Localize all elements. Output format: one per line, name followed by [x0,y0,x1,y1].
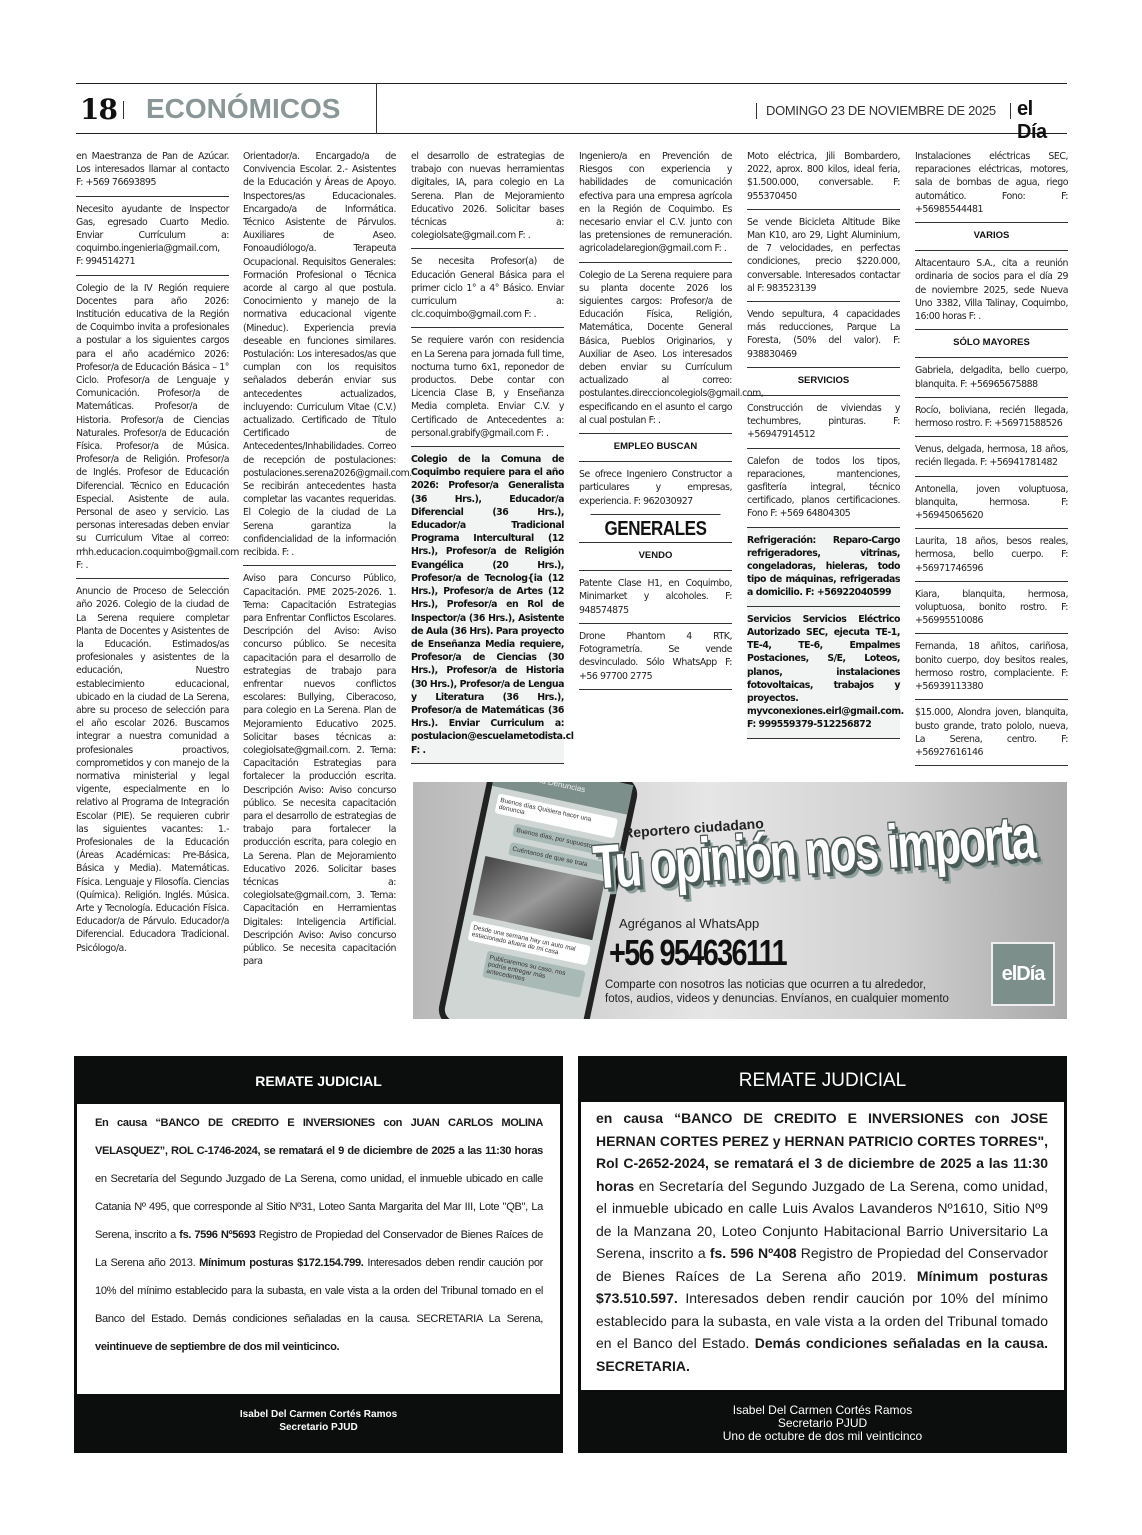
section-heading-generales: GENERALES [590,514,720,542]
classified-ad: Rocío, boliviana, recién llegada, hermos… [915,397,1068,436]
signer-role: Secretario PJUD [74,1421,563,1434]
whatsapp-promo-banner: El Día Denuncias Buenos días Quisiera ha… [413,782,1067,1019]
classified-ad: Anuncio de Proceso de Selección año 2026… [76,578,229,961]
banner-description-line: fotos, audios, videos y denuncias. Envía… [605,992,949,1006]
section-title: ECONÓMICOS [146,93,340,125]
classified-ad: Altacentauro S.A., cita a reunión ordina… [915,250,1068,329]
classified-ad-highlighted: Servicios Servicios Eléctrico Autorizado… [747,606,900,738]
classifieds-column-2: Orientador/a. Encargado/a de Convivencia… [243,150,396,974]
classified-ad: $15.000, Alondra joven, blanquita, busto… [915,699,1068,765]
whatsapp-number: +56 954636111 [609,932,786,974]
category-heading-vendo: VENDO [579,542,732,570]
divider [376,84,377,134]
classified-ad: Se vende Bicicleta Altitude Bike Man K10… [747,209,900,301]
divider [756,103,757,119]
classified-ad: Se necesita Profesor(a) de Educación Gen… [411,248,564,327]
classified-ad: Aviso para Concurso Público, Capacitació… [243,565,396,974]
classified-ad: Construcción de viviendas y techumbres, … [747,395,900,448]
classifieds-column-5: Moto eléctrica, Jili Bombardero, 2022, a… [747,150,900,745]
divider [411,763,564,764]
classified-ad: Necesito ayudante de Inspector Gas, egre… [76,196,229,275]
classified-ad: el desarrollo de estrategias de trabajo … [411,150,564,248]
issue-date: DOMINGO 23 DE NOVIEMBRE DE 2025 [766,103,996,118]
banner-description-line: Comparte con nosotros las noticias que o… [605,978,949,992]
legal-notice-remate-1: REMATE JUDICIAL En causa “BANCO DE CREDI… [74,1056,563,1453]
banner-title: Tu opinión nos importa [591,803,1036,904]
classified-ad: Moto eléctrica, Jili Bombardero, 2022, a… [747,150,900,209]
category-heading-varios: VARIOS [915,222,1068,250]
el-dia-logo: elDía [991,942,1055,1006]
divider [579,689,732,690]
page-number: 18 [80,93,117,126]
classified-ad: Laurita, 18 años, besos reales, hermosa,… [915,528,1068,581]
notice-body: En causa “BANCO DE CREDITO E INVERSIONES… [77,1104,560,1394]
notice-text-bold: Mínimum posturas $172.154.799. [199,1257,363,1269]
notice-date: Uno de octubre de dos mil veinticinco [578,1430,1067,1443]
classified-ad: Colegio de la IV Región requiere Docente… [76,275,229,578]
page-header: 18 ECONÓMICOS DOMINGO 23 DE NOVIEMBRE DE… [76,83,1067,134]
notice-text-bold: En causa “BANCO DE CREDITO E INVERSIONES… [95,1117,543,1157]
divider [915,765,1068,766]
classified-ad: Venus, delgada, hermosa, 18 años, recién… [915,436,1068,475]
classified-ad: en Maestranza de Pan de Azúcar. Los inte… [76,150,229,196]
classified-ad: Instalaciones eléctricas SEC, reparacion… [915,150,1068,222]
classified-ad: Se requiere varón con residencia en La S… [411,327,564,446]
divider [1010,103,1011,119]
category-heading-solo-mayores: SÓLO MAYORES [915,329,1068,357]
divider [123,101,124,119]
divider [747,738,900,739]
notice-text-bold: fs. 596 Nº408 [710,1245,797,1261]
banner-description: Comparte con nosotros las noticias que o… [605,978,949,1006]
whatsapp-label: Agréganos al WhatsApp [619,916,759,931]
classified-ad: Calefon de todos los tipos, reparaciones… [747,448,900,527]
notice-signature: Isabel Del Carmen Cortés Ramos Secretari… [578,1390,1067,1443]
classifieds-column-4: Ingeniero/a en Prevención de Riesgos con… [579,150,732,696]
classifieds-column-3: el desarrollo de estrategias de trabajo … [411,150,564,770]
notice-body: en causa “BANCO DE CREDITO E INVERSIONES… [581,1102,1064,1390]
notice-title: REMATE JUDICIAL [578,1056,1067,1102]
signer-name: Isabel Del Carmen Cortés Ramos [74,1408,563,1421]
notice-title: REMATE JUDICIAL [74,1056,563,1104]
notice-signature: Isabel Del Carmen Cortés Ramos Secretari… [74,1394,563,1434]
classified-ad: Antonella, joven voluptuosa, blanquita, … [915,476,1068,529]
classified-ad-highlighted: Refrigeración: Reparo-Cargo refrigerador… [747,527,900,606]
classified-ad: Fernanda, 18 añitos, cariñosa, bonito cu… [915,633,1068,699]
classified-ad: Colegio de La Serena requiere para su pl… [579,262,732,433]
classified-ad: Ingeniero/a en Prevención de Riesgos con… [579,150,732,262]
classified-ad: Vendo sepultura, 4 capacidades más reduc… [747,301,900,367]
legal-notice-remate-2: REMATE JUDICIAL en causa “BANCO DE CREDI… [578,1056,1067,1453]
classified-ad: Se ofrece Ingeniero Constructor a partic… [579,461,732,514]
classified-ad: Orientador/a. Encargado/a de Convivencia… [243,150,396,565]
classifieds-column-6: Instalaciones eléctricas SEC, reparacion… [915,150,1068,772]
category-heading-servicios: SERVICIOS [747,367,900,395]
category-heading-empleo-buscan: EMPLEO BUSCAN [579,433,732,461]
classified-ad: Drone Phantom 4 RTK, Fotogrametría. Se v… [579,623,732,689]
classified-ad: Kiara, blanquita, hermosa, voluptuosa, b… [915,581,1068,634]
notice-text-bold: fs. 7596 Nº5693 [179,1229,255,1241]
classifieds-column-1: en Maestranza de Pan de Azúcar. Los inte… [76,150,229,961]
notice-text-bold: veintinueve de septiembre de dos mil vei… [95,1341,339,1353]
brand-logo: el Día [1017,98,1067,144]
classified-ad: Gabriela, delgadita, bello cuerpo, blanq… [915,357,1068,396]
classified-ad-highlighted: Colegio de la Comuna de Coquimbo requier… [411,446,564,763]
classified-ad: Patente Clase H1, en Coquimbo, Minimarke… [579,570,732,623]
